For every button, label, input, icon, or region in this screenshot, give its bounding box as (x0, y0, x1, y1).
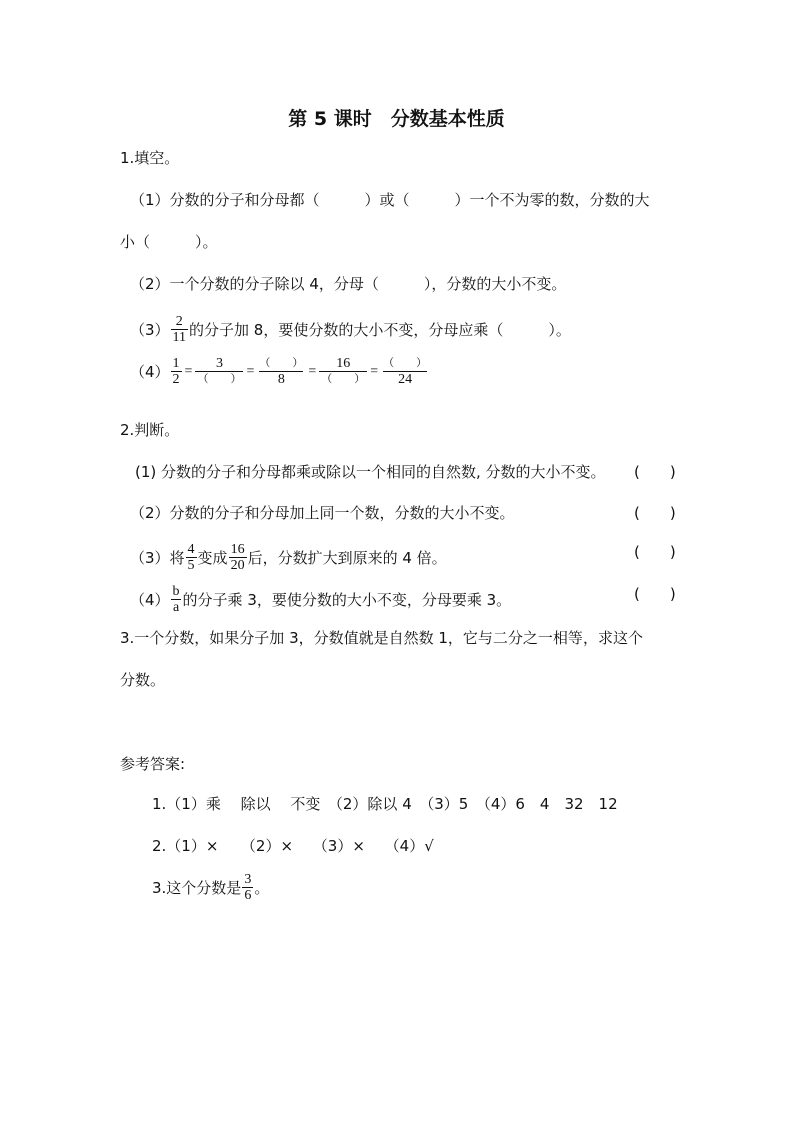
s1-q3: （3） 2 11 的分子加 8，要使分数的大小不变，分母应乘（ ）。 (130, 314, 571, 345)
s1-q4: （4） 1 2 = 3 （ ） = （ ） 8 = 16 （ ） = （ ） 2… (130, 356, 430, 387)
fraction: （ ） 24 (381, 356, 429, 387)
s2-q3-answer-blank[interactable]: ( ) (634, 542, 676, 562)
blank[interactable]: （ ） (257, 356, 305, 371)
s2-q3: （3）将 4 5 变成 16 20 后，分数扩大到原来的 4 倍。 (130, 542, 447, 573)
fraction: 2 11 (171, 314, 188, 345)
blank[interactable]: （ ） (319, 371, 367, 387)
fraction: 16 20 (229, 542, 247, 573)
fraction: b a (171, 584, 182, 615)
s1-q3-label: （3） (130, 320, 170, 340)
s1-q1-line1: （1）分数的分子和分母都（ ）或（ ）一个不为零的数，分数的大 (130, 190, 650, 210)
section2-heading: 2.判断。 (120, 420, 179, 440)
answer-1: 1.（1）乘 除以 不变 （2）除以 4 （3）5 （4）6 4 32 12 (152, 794, 618, 814)
s3-line1: 3.一个分数，如果分子加 3，分数值就是自然数 1，它与二分之一相等，求这个 (120, 628, 643, 648)
answers-heading: 参考答案: (120, 754, 185, 774)
fraction: 4 5 (186, 542, 197, 573)
fraction: 3 6 (242, 872, 253, 903)
s2-q1-answer-blank[interactable]: ( ) (634, 462, 676, 482)
fraction: 3 （ ） (195, 356, 243, 387)
s1-q2: （2）一个分数的分子除以 4，分母（ ），分数的大小不变。 (130, 274, 566, 294)
s3-line2: 分数。 (120, 670, 165, 690)
s1-q3-text: 的分子加 8，要使分数的大小不变，分母应乘（ ）。 (189, 320, 571, 340)
answer-2: 2.（1）× （2）× （3）× （4）√ (152, 836, 434, 856)
blank[interactable]: （ ） (195, 371, 243, 387)
s2-q2: （2）分数的分子和分母加上同一个数，分数的大小不变。 (130, 503, 515, 523)
s2-q4: （4） b a 的分子乘 3，要使分数的大小不变，分母要乘 3。 (130, 584, 511, 615)
fraction: （ ） 8 (257, 356, 305, 387)
fraction: 16 （ ） (319, 356, 367, 387)
answer-3: 3.这个分数是 3 6 。 (152, 872, 269, 903)
s2-q4-answer-blank[interactable]: ( ) (634, 584, 676, 604)
s2-q1: (1) 分数的分子和分母都乘或除以一个相同的自然数, 分数的大小不变。 (135, 462, 606, 482)
blank[interactable]: （ ） (381, 356, 429, 371)
s1-q1-line2: 小（ ）。 (120, 232, 218, 252)
s1-q4-label: （4） (130, 362, 170, 382)
page-title: 第 5 课时 分数基本性质 (0, 106, 793, 132)
fraction: 1 2 (171, 356, 182, 387)
s2-q2-answer-blank[interactable]: ( ) (634, 503, 676, 523)
section1-heading: 1.填空。 (120, 148, 179, 168)
